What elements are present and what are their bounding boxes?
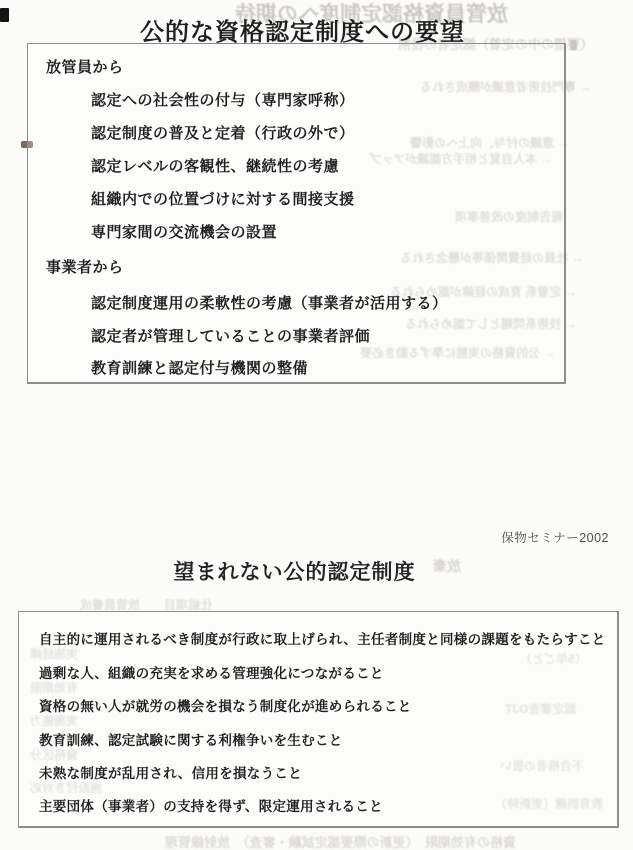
request-item: 認定レベルの客観性、継続性の考慮 [91,155,339,176]
request-item: 組織内での位置づけに対する間接支援 [91,188,355,209]
section-heading-hokanin: 放管員から [46,56,124,77]
concern-item: 自主的に運用されるべき制度が行政に取上げられ、主任者制度と同様の課題をもたらすこ… [39,628,606,648]
slide1-title: 公的な資格認定制度への要望 [0,12,633,47]
concern-item: 資格の無い人が就労の機会を損なう制度化が進められること [39,695,412,715]
concern-item: 教育訓練、認定試験に関する利権争いを生むこと [39,729,343,749]
request-item: 認定制度の普及と定着（行政の外で） [91,122,355,143]
request-item: 認定への社会性の付与（専門家呼称） [91,89,355,110]
request-item: 教育訓練と認定付与機関の整備 [91,357,308,378]
concern-item: 未熟な制度が乱用され、信用を損なうこと [39,762,302,782]
request-item: 認定者が管理していることの事業者評価 [91,325,370,346]
slide2-content-box: 自主的に運用されるべき制度が行政に取上げられ、主任者制度と同様の課題をもたらすこ… [18,611,619,828]
request-item: 認定制度運用の柔軟性の考慮（事業者が活用する） [91,292,448,313]
concern-item: 過剰な人、組織の充実を求める管理強化につながること [39,662,384,682]
request-item: 専門家間の交流機会の設置 [91,221,277,242]
scanned-page: 放管員資格認定制度への期待 （要望の中の定着）認定者の役割 ← 専門技術者意識が… [0,0,633,850]
concern-item: 主要団体（事業者）の支持を得ず、限定運用されること [39,795,383,815]
bleed-through-text: 資格の有効期限 （更新の際要認定試験・審査） 放射線管理 [165,832,516,850]
slide1-content-box: 放管員から 認定への社会性の付与（専門家呼称） 認定制度の普及と定着（行政の外で… [27,43,566,384]
seminar-label: 保物セミナー2002 [501,528,609,546]
section-heading-jigyosha: 事業者から [46,256,124,277]
slide2-title: 望まれない公的認定制度 [0,556,633,586]
